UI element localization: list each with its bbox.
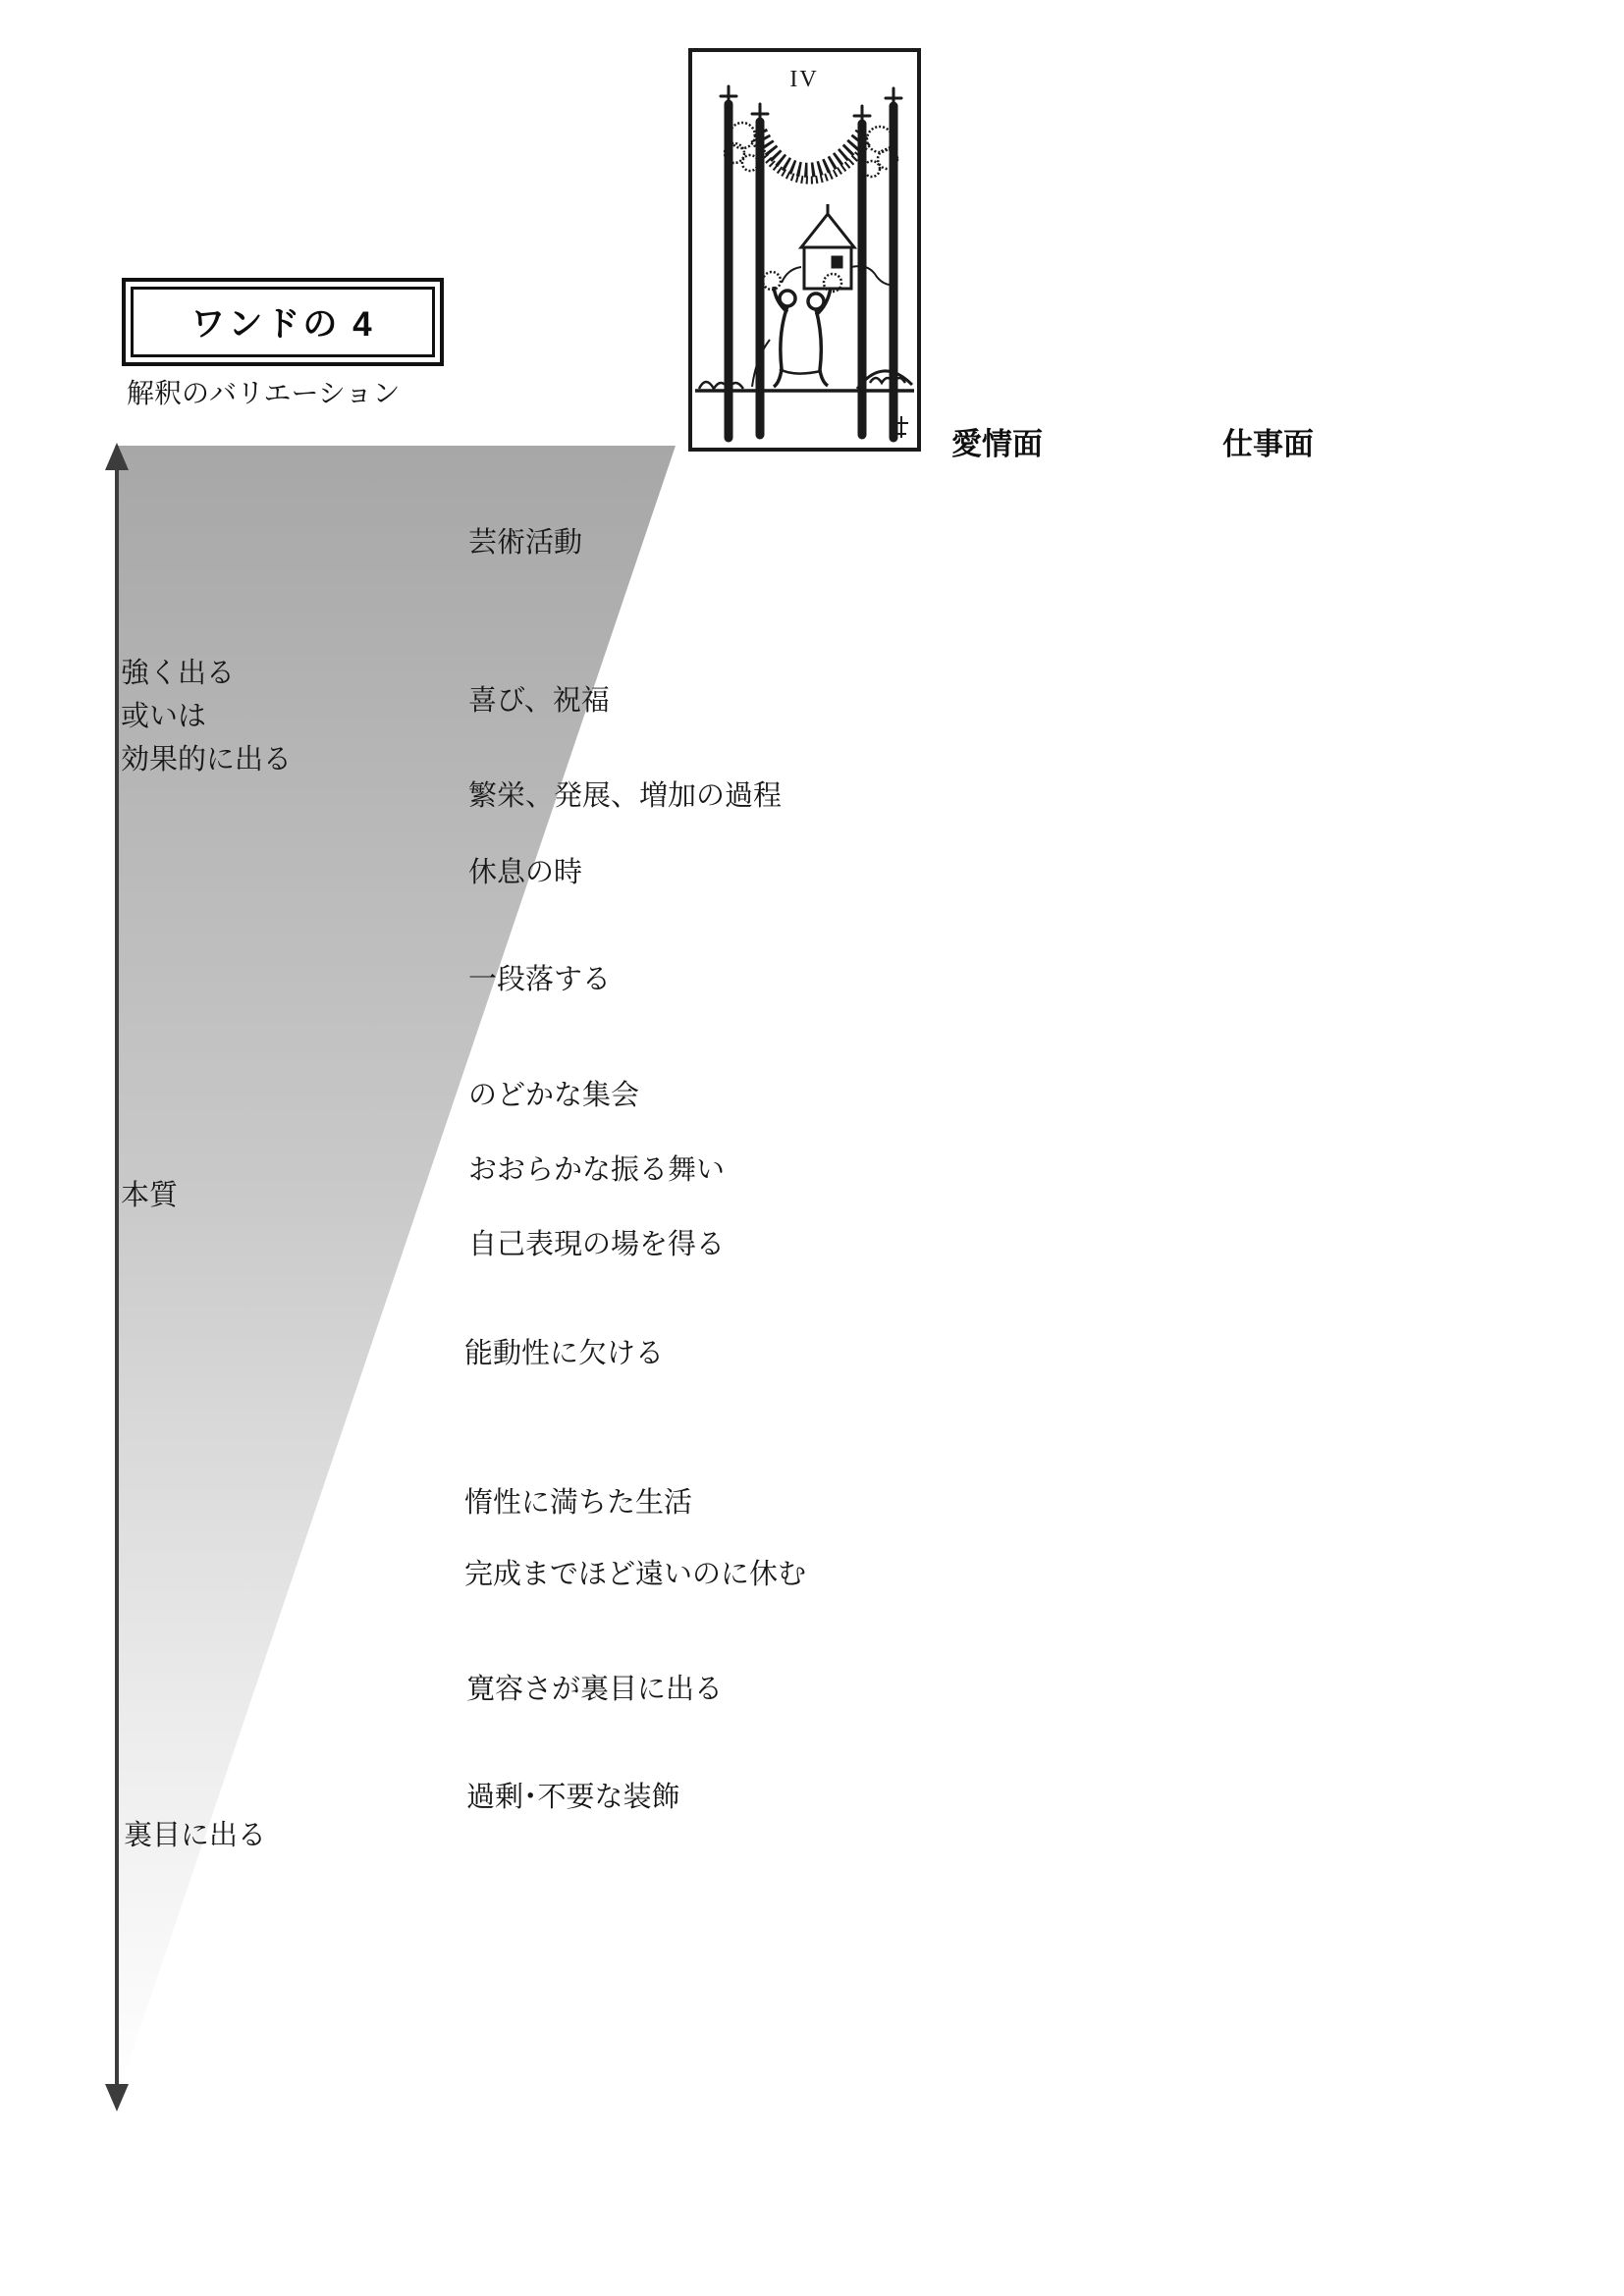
column-header-love: 愛情面 (951, 419, 1043, 463)
axis-arrowhead-down (105, 2084, 129, 2111)
title-box-inner-border: ワンドの 4 (131, 287, 435, 357)
axis-label-strong-2: 或いは (121, 694, 206, 734)
interpretation-item: のどかな集会 (468, 1073, 639, 1113)
interpretation-item: 能動性に欠ける (464, 1331, 664, 1371)
interpretation-item: 寛容さが裏目に出る (466, 1667, 723, 1707)
axis-label-strong-1: 強く出る (121, 651, 235, 691)
interpretation-item: 喜び、祝福 (468, 678, 610, 719)
column-header-work: 仕事面 (1222, 419, 1314, 463)
interpretation-item: 一段落する (468, 957, 611, 997)
interpretation-item: 完成までほど遠いのに休む (464, 1552, 806, 1592)
interpretation-item: 休息の時 (468, 850, 582, 890)
axis-label-backfire: 裏目に出る (124, 1813, 266, 1853)
page-title: ワンドの 4 (190, 297, 374, 347)
axis-label-essence: 本質 (121, 1173, 178, 1213)
interpretation-item: 自己表現の場を得る (468, 1222, 725, 1262)
interpretation-item: 過剰･不要な装飾 (466, 1775, 680, 1815)
document-page: ワンドの 4 解釈のバリエーション IV (0, 0, 1624, 2296)
card-numeral: IV (789, 67, 818, 92)
interpretation-item: おおらかな振る舞い (468, 1148, 725, 1188)
title-box: ワンドの 4 (122, 278, 444, 366)
interpretation-item: 惰性に満ちた生活 (464, 1480, 692, 1521)
axis-label-strong-3: 効果的に出る (121, 737, 292, 777)
interpretation-item: 繁栄、発展、増加の過程 (468, 774, 782, 814)
tarot-card-illustration: IV (685, 45, 924, 454)
page-subtitle: 解釈のバリエーション (127, 372, 400, 411)
interpretation-item: 芸術活動 (468, 520, 582, 561)
axis-arrowhead-up (105, 443, 129, 470)
axis-line (115, 467, 119, 2087)
